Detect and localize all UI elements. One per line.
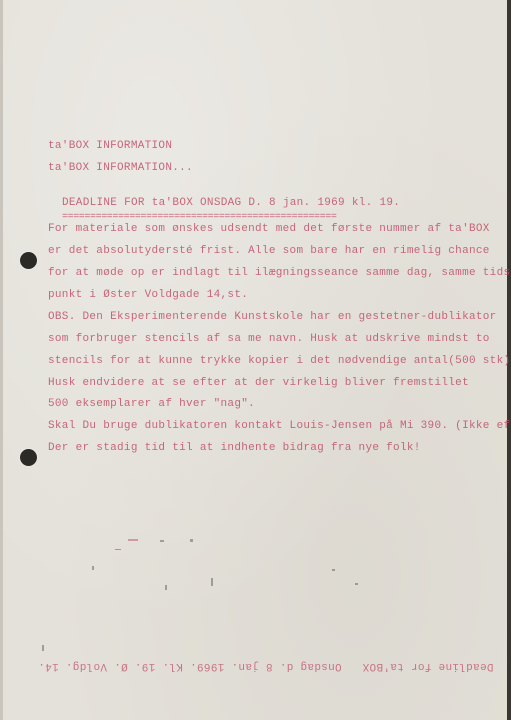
page-edge (0, 0, 3, 720)
deadline-underline: ========================================… (62, 212, 336, 223)
body-line: Der er stadig tid til at indhente bidrag… (48, 442, 421, 454)
header-line-2: ta'BOX INFORMATION... (48, 162, 193, 174)
body-line: for at møde op er indlagt til ilægningss… (48, 267, 511, 279)
ink-speck (128, 539, 138, 541)
ink-speck (355, 583, 358, 585)
ink-speck (211, 578, 213, 586)
deadline-heading: DEADLINE FOR ta'BOX ONSDAG D. 8 jan. 196… (62, 197, 400, 209)
header-line-1: ta'BOX INFORMATION (48, 140, 172, 152)
ink-speck (160, 540, 164, 542)
punch-hole-top (20, 252, 37, 269)
body-line: OBS. Den Eksperimenterende Kunstskole ha… (48, 311, 497, 323)
ink-speck (190, 539, 193, 542)
body-line: Husk endvidere at se efter at der virkel… (48, 377, 469, 389)
body-line: som forbruger stencils af sa me navn. Hu… (48, 333, 490, 345)
ink-speck (115, 549, 121, 550)
ink-speck (92, 566, 94, 570)
ink-speck (332, 569, 335, 571)
body-line: 500 eksemplarer af hver "nag". (48, 398, 255, 410)
ink-speck (42, 645, 44, 651)
upside-down-footer: Deadline for ta'BOX Onsdag d. 8 jan. 196… (38, 660, 493, 672)
body-line: For materiale som ønskes udsendt med det… (48, 223, 490, 235)
body-line: Skal Du bruge dublikatoren kontakt Louis… (48, 420, 511, 432)
body-line: er det absolutydersté frist. Alle som ba… (48, 245, 490, 257)
body-line: punkt i Øster Voldgade 14,st. (48, 289, 248, 301)
ink-speck (165, 585, 167, 590)
punch-hole-bottom (20, 449, 37, 466)
document-page: ta'BOX INFORMATION ta'BOX INFORMATION...… (0, 0, 507, 720)
body-line: stencils for at kunne trykke kopier i de… (48, 355, 510, 367)
